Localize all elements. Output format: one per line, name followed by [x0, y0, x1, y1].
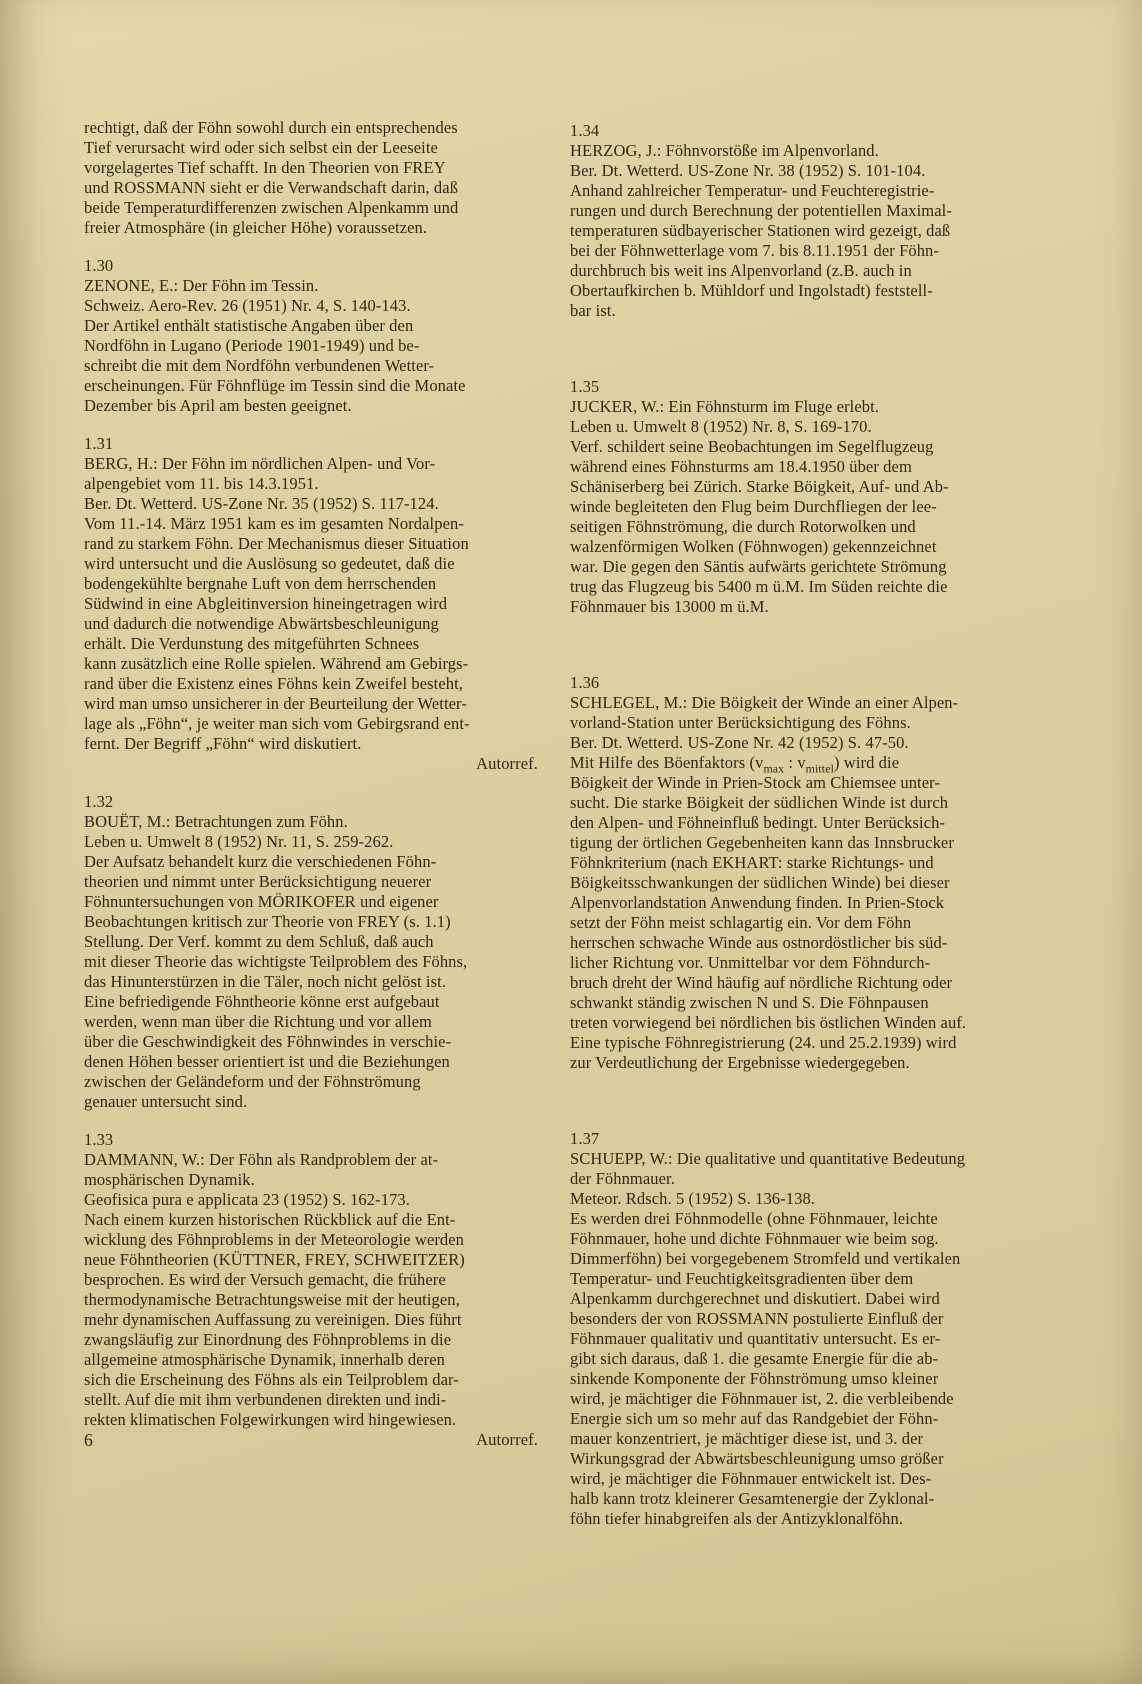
entry-abstract: Der Aufsatz behandelt kurz die verschied…: [84, 852, 546, 1112]
entry-abstract: Mit Hilfe des Böenfaktors (vmax : vmitte…: [570, 753, 1036, 1073]
entry-number: 1.33: [84, 1130, 546, 1150]
bib-entry-1-36: 1.36 SCHLEGEL, M.: Die Böigkeit der Wind…: [570, 673, 1036, 1073]
entry-abstract: Es werden drei Föhnmodelle (ohne Föhnmau…: [570, 1209, 1036, 1529]
entry-number: 1.30: [84, 256, 546, 276]
bib-entry-1-33: 1.33 DAMMANN, W.: Der Föhn als Randprobl…: [84, 1130, 546, 1450]
abstract-text-mid: : v: [784, 753, 805, 772]
bib-entry-1-35: 1.35 JUCKER, W.: Ein Föhnsturm im Fluge …: [570, 377, 1036, 617]
bib-entry-1-32: 1.32 BOUËT, M.: Betrachtungen zum Föhn. …: [84, 792, 546, 1112]
entry-citation: BOUËT, M.: Betrachtungen zum Föhn. Leben…: [84, 812, 546, 852]
entry-citation: ZENONE, E.: Der Föhn im Tessin. Schweiz.…: [84, 276, 546, 316]
entry-number: 1.36: [570, 673, 1036, 693]
entry-citation: DAMMANN, W.: Der Föhn als Randproblem de…: [84, 1150, 546, 1210]
entry-number: 1.35: [570, 377, 1036, 397]
entry-number: 1.31: [84, 434, 546, 454]
entry-number: 1.32: [84, 792, 546, 812]
page-number: 6: [84, 1430, 93, 1450]
abstract-text-pre: Mit Hilfe des Böenfaktors (v: [570, 753, 763, 772]
entry-abstract: Verf. schildert seine Beobachtungen im S…: [570, 437, 1036, 617]
entry-citation: JUCKER, W.: Ein Föhnsturm im Fluge erleb…: [570, 397, 1036, 437]
scanned-page: rechtigt, daß der Föhn sowohl durch ein …: [0, 0, 1142, 1684]
bib-entry-1-30: 1.30 ZENONE, E.: Der Föhn im Tessin. Sch…: [84, 256, 546, 416]
bib-entry-1-34: 1.34 HERZOG, J.: Föhnvorstöße im Alpenvo…: [570, 121, 1036, 321]
text-columns: rechtigt, daß der Föhn sowohl durch ein …: [84, 118, 1036, 1529]
entry-citation: SCHLEGEL, M.: Die Böigkeit der Winde an …: [570, 693, 1036, 753]
entry-number: 1.34: [570, 121, 1036, 141]
left-column: rechtigt, daß der Föhn sowohl durch ein …: [84, 118, 546, 1450]
entry-abstract: Der Artikel enthält statistische Angaben…: [84, 316, 546, 416]
bib-entry-1-31: 1.31 BERG, H.: Der Föhn im nördlichen Al…: [84, 434, 546, 774]
entry-citation: HERZOG, J.: Föhnvorstöße im Alpenvorland…: [570, 141, 1036, 181]
bib-entry-1-37: 1.37 SCHUEPP, W.: Die qualitative und qu…: [570, 1129, 1036, 1529]
entry-abstract: Anhand zahlreicher Temperatur- und Feuch…: [570, 181, 1036, 321]
entry-signature: Autorref.: [84, 1430, 546, 1450]
entry-citation: BERG, H.: Der Föhn im nördlichen Alpen- …: [84, 454, 546, 514]
abstract-text-rest: ) wird die Böigkeit der Winde in Prien-S…: [570, 753, 966, 1072]
entry-number: 1.37: [570, 1129, 1036, 1149]
entry-signature: Autorref.: [84, 754, 546, 774]
entry-abstract: Vom 11.-14. März 1951 kam es im gesamten…: [84, 514, 546, 754]
continued-paragraph: rechtigt, daß der Föhn sowohl durch ein …: [84, 118, 546, 238]
right-column: 1.34 HERZOG, J.: Föhnvorstöße im Alpenvo…: [570, 118, 1036, 1529]
entry-citation: SCHUEPP, W.: Die qualitative und quantit…: [570, 1149, 1036, 1209]
entry-abstract: Nach einem kurzen historischen Rückblick…: [84, 1210, 546, 1430]
